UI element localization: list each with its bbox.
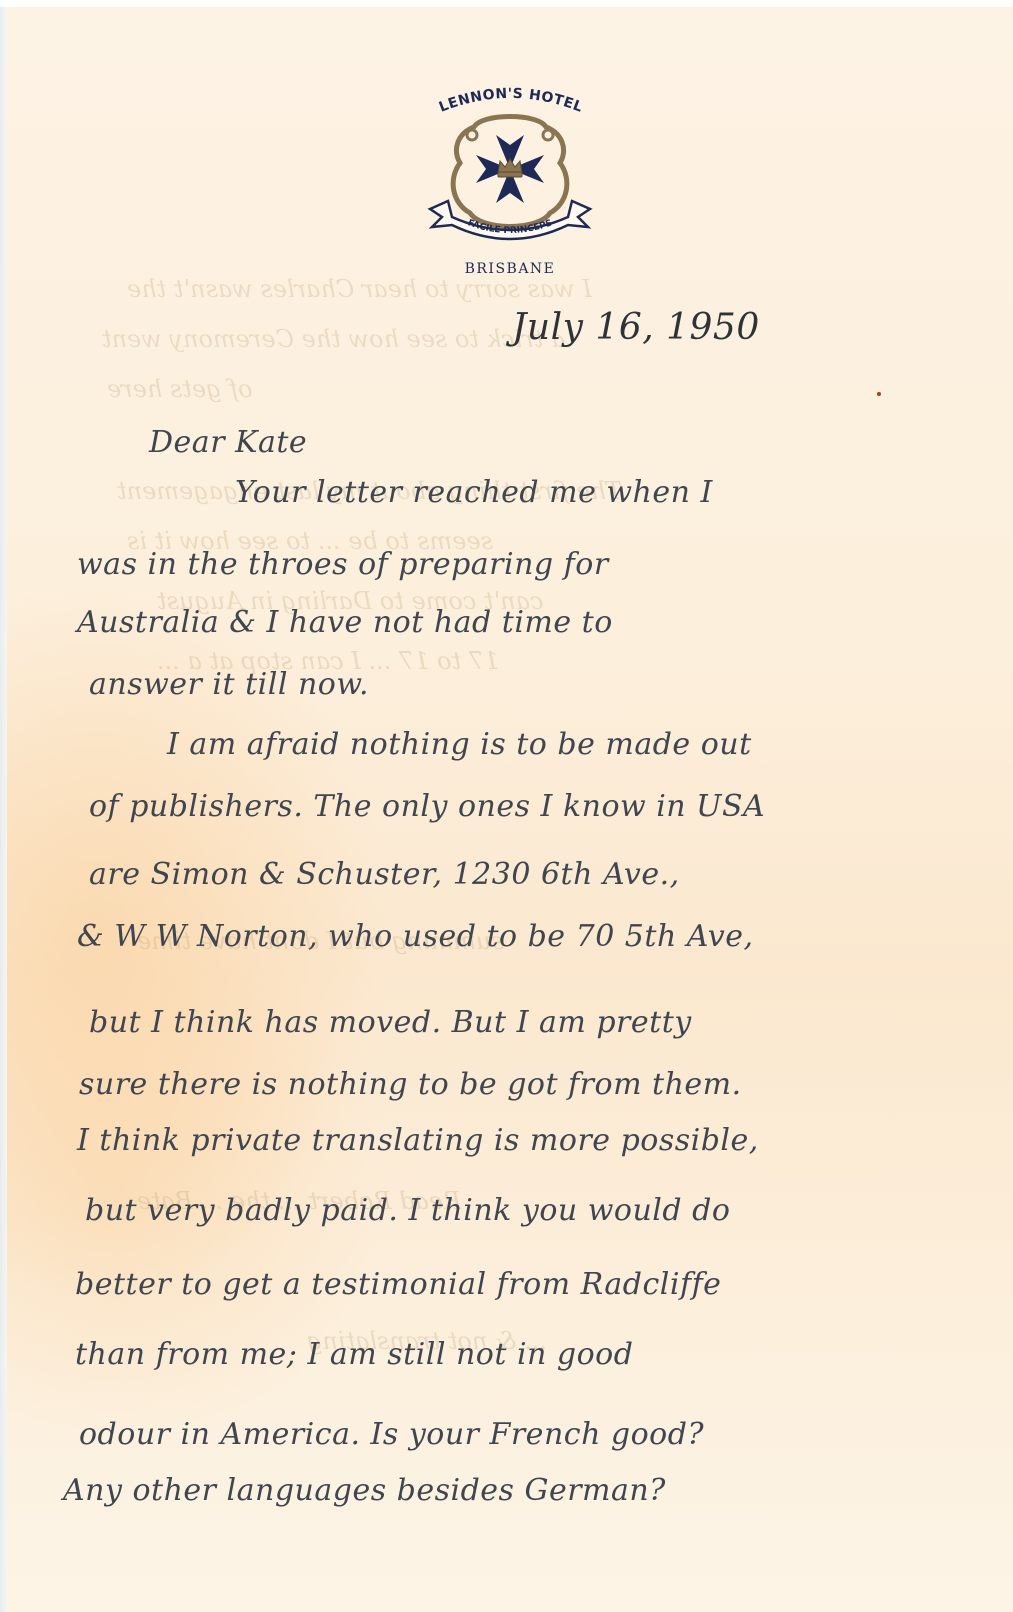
scanned-letter-page: I was sorry to hear Charles wasn't the a… <box>0 0 1013 1612</box>
letter-line: better to get a testimonial from Radclif… <box>75 1267 721 1302</box>
hotel-city: BRISBANE <box>422 261 598 277</box>
bleed-through-text: a trick to see how the Ceremony went <box>102 325 565 353</box>
letter-line: I am afraid nothing is to be made out <box>167 727 752 762</box>
letter-line: than from me; I am still not in good <box>75 1337 633 1372</box>
letter-line: of publishers. The only ones I know in U… <box>89 789 765 824</box>
bleed-through-text: of gets here <box>107 375 252 403</box>
letter-line: odour in America. Is your French good? <box>79 1417 704 1452</box>
paper-edge <box>0 7 7 1612</box>
letter-paper: I was sorry to hear Charles wasn't the a… <box>7 7 1013 1612</box>
hotel-letterhead: LENNON'S HOTEL <box>422 85 598 285</box>
letter-line: but I think has moved. But I am pretty <box>89 1005 692 1040</box>
letter-date: July 16, 1950 <box>512 307 760 348</box>
letter-line: but very badly paid. I think you would d… <box>85 1193 730 1228</box>
letter-line: Any other languages besides German? <box>63 1473 666 1508</box>
maltese-cross-crown-crest-icon: FACILE PRINCEPS <box>422 105 598 245</box>
letter-line: are Simon & Schuster, 1230 6th Ave., <box>89 857 680 892</box>
letter-salutation: Dear Kate <box>149 425 307 460</box>
letter-line: sure there is nothing to be got from the… <box>79 1067 742 1102</box>
letter-line: Australia & I have not had time to <box>77 605 613 640</box>
letter-line: & W W Norton, who used to be 70 5th Ave, <box>77 919 754 954</box>
letter-line: I think private translating is more poss… <box>77 1123 759 1158</box>
letter-line: answer it till now. <box>89 667 369 702</box>
letter-line: was in the throes of preparing for <box>77 547 609 582</box>
ink-spot <box>877 392 881 396</box>
letter-line: Your letter reached me when I <box>235 475 713 510</box>
